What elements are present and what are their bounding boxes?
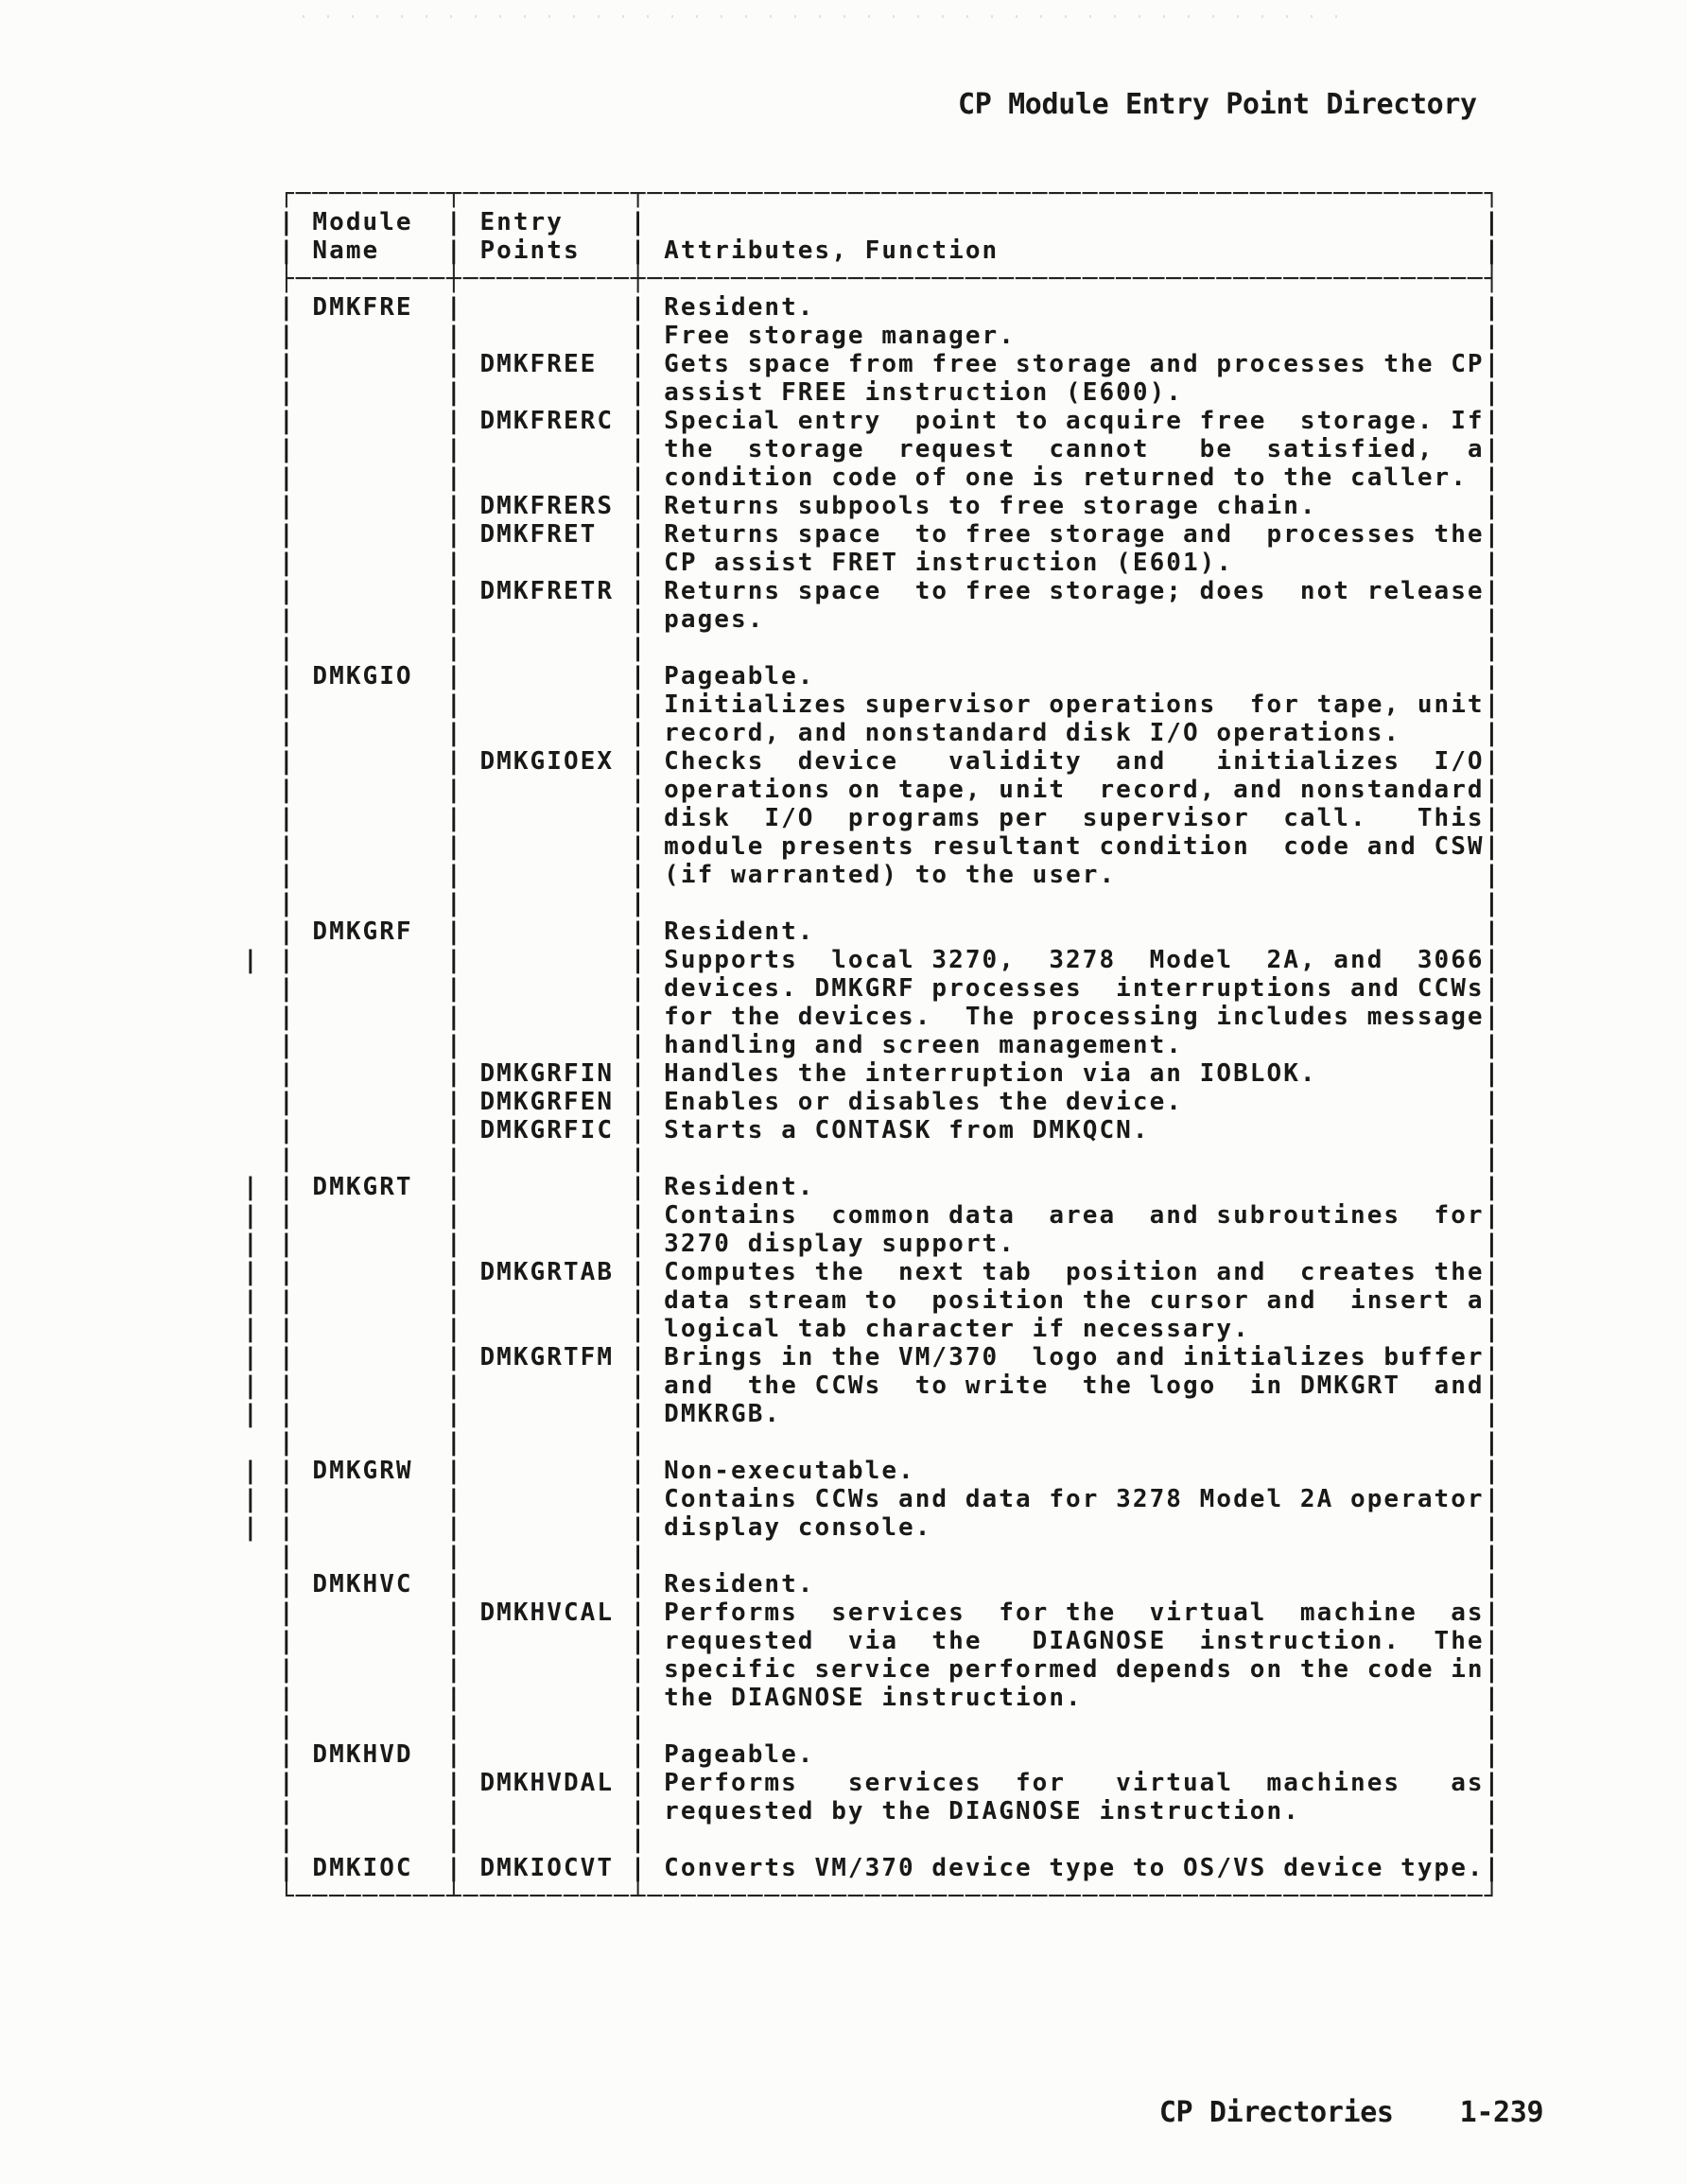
- revision-bar-empty: [236, 861, 279, 889]
- table-line-text: | | | record, and nonstandard disk I/O o…: [279, 719, 1501, 747]
- table-line-text: | | | module presents resultant conditio…: [279, 832, 1501, 861]
- table-row: | | DMKHVCAL | Performs services for the…: [236, 1599, 1501, 1627]
- revision-bar-empty: [236, 1627, 279, 1655]
- table-row: || | DMKGRTAB | Computes the next tab po…: [236, 1258, 1501, 1286]
- revision-bar-empty: [236, 1826, 279, 1854]
- revision-bar-empty: [236, 662, 279, 690]
- table-line-text: | | DMKGRFEN | Enables or disables the d…: [279, 1088, 1501, 1116]
- table-row: | DMKIOC | DMKIOCVT | Converts VM/370 de…: [236, 1854, 1501, 1882]
- table-row: | | | disk I/O programs per supervisor c…: [236, 804, 1501, 832]
- revision-bar-empty: [236, 549, 279, 577]
- revision-bar-empty: [236, 180, 279, 208]
- table-line-text: | | DMKGIOEX | Checks device validity an…: [279, 747, 1501, 776]
- page-footer: CP Directories1-239: [1092, 2065, 1543, 2161]
- table-row: || | | DMKRGB. |: [236, 1400, 1501, 1428]
- table-row: | DMKGIO | | Pageable. |: [236, 662, 1501, 690]
- table-row: || DMKGRW | | Non-executable. |: [236, 1457, 1501, 1485]
- revision-bar: |: [236, 1315, 279, 1343]
- revision-bar-empty: [236, 378, 279, 407]
- revision-bar-empty: [236, 747, 279, 776]
- table-row: | | | requested via the DIAGNOSE instruc…: [236, 1627, 1501, 1655]
- table-row: | | | (if warranted) to the user. |: [236, 861, 1501, 889]
- running-header: CP Module Entry Point Directory: [958, 89, 1477, 121]
- table-line-text: | | DMKGRFIN | Handles the interruption …: [279, 1059, 1501, 1088]
- table-row: | | DMKFRET | Returns space to free stor…: [236, 520, 1501, 549]
- table-line-text: | | | specific service performed depends…: [279, 1655, 1501, 1684]
- revision-bar-empty: [236, 1599, 279, 1627]
- revision-bar-empty: [236, 1542, 279, 1570]
- table-row: | | | |: [236, 1428, 1501, 1457]
- table-line-text: | | | requested via the DIAGNOSE instruc…: [279, 1627, 1501, 1655]
- revision-bar-empty: [236, 463, 279, 492]
- table-row: | | | |: [236, 634, 1501, 662]
- table-header-separator: ├─────────┼──────────┼──────────────────…: [236, 265, 1501, 293]
- table-row: | | | pages. |: [236, 605, 1501, 634]
- footer-section-title: CP Directories: [1159, 2096, 1394, 2129]
- table-row: | | | |: [236, 889, 1501, 917]
- revision-bar-empty: [236, 322, 279, 350]
- table-line-text: | DMKGIO | | Pageable. |: [279, 662, 1501, 690]
- revision-bar-empty: [236, 832, 279, 861]
- document-page: CP Module Entry Point Directory ┌───────…: [0, 0, 1687, 2184]
- table-line-text: | | DMKFRERS | Returns subpools to free …: [279, 492, 1501, 520]
- table-line-text: | DMKHVC | | Resident. |: [279, 1570, 1501, 1599]
- table-row: | | | Initializes supervisor operations …: [236, 690, 1501, 719]
- revision-bar-empty: [236, 1031, 279, 1059]
- revision-bar-empty: [236, 634, 279, 662]
- revision-bar-empty: [236, 776, 279, 804]
- table-row: | | | module presents resultant conditio…: [236, 832, 1501, 861]
- revision-bar-empty: [236, 1882, 279, 1911]
- revision-bar-empty: [236, 1712, 279, 1740]
- revision-bar-empty: [236, 1059, 279, 1088]
- revision-bar-empty: [236, 804, 279, 832]
- table-line-text: | | | Free storage manager. |: [279, 322, 1501, 350]
- revision-bar-empty: [236, 208, 279, 236]
- revision-bar-empty: [236, 1854, 279, 1882]
- revision-bar-empty: [236, 407, 279, 435]
- table-line-text: | | DMKHVCAL | Performs services for the…: [279, 1599, 1501, 1627]
- table-line-text: | | DMKFRERC | Special entry point to ac…: [279, 407, 1501, 435]
- revision-bar-empty: [236, 690, 279, 719]
- table-line-text: | | | Contains CCWs and data for 3278 Mo…: [279, 1485, 1501, 1513]
- table-row: | | DMKGRFIN | Handles the interruption …: [236, 1059, 1501, 1088]
- table-row: || | | Contains common data area and sub…: [236, 1201, 1501, 1230]
- table-line-text: | | | handling and screen management. |: [279, 1031, 1501, 1059]
- table-row: | DMKHVC | | Resident. |: [236, 1570, 1501, 1599]
- table-row: | | | Free storage manager. |: [236, 322, 1501, 350]
- table-line-text: | | | disk I/O programs per supervisor c…: [279, 804, 1501, 832]
- revision-bar: |: [236, 1230, 279, 1258]
- revision-bar-empty: [236, 1740, 279, 1769]
- table-line-text: | | | Contains common data area and subr…: [279, 1201, 1501, 1230]
- table-line-text: | | | devices. DMKGRF processes interrup…: [279, 974, 1501, 1003]
- table-line-text: | | | the storage request cannot be sati…: [279, 435, 1501, 463]
- table-row: | | DMKHVDAL | Performs services for vir…: [236, 1769, 1501, 1797]
- revision-bar-empty: [236, 1570, 279, 1599]
- table-row: | | | devices. DMKGRF processes interrup…: [236, 974, 1501, 1003]
- table-row: || | | and the CCWs to write the logo in…: [236, 1372, 1501, 1400]
- table-row: || DMKGRT | | Resident. |: [236, 1173, 1501, 1201]
- table-row: | | | requested by the DIAGNOSE instruct…: [236, 1797, 1501, 1826]
- revision-bar: |: [236, 1513, 279, 1542]
- table-row: | | DMKFRERS | Returns subpools to free …: [236, 492, 1501, 520]
- table-line-text: | | | and the CCWs to write the logo in …: [279, 1372, 1501, 1400]
- table-line-text: | DMKGRW | | Non-executable. |: [279, 1457, 1501, 1485]
- table-line-text: | | DMKGRTFM | Brings in the VM/370 logo…: [279, 1343, 1501, 1372]
- revision-bar-empty: [236, 435, 279, 463]
- table-row: | DMKFRE | | Resident. |: [236, 293, 1501, 322]
- table-row: | DMKHVD | | Pageable. |: [236, 1740, 1501, 1769]
- scan-noise-artifact: [303, 15, 1343, 18]
- table-row: | | | the DIAGNOSE instruction. |: [236, 1684, 1501, 1712]
- revision-bar-empty: [236, 719, 279, 747]
- revision-bar-empty: [236, 577, 279, 605]
- table-line-text: | DMKGRT | | Resident. |: [279, 1173, 1501, 1201]
- table-line-text: | DMKIOC | DMKIOCVT | Converts VM/370 de…: [279, 1854, 1501, 1882]
- table-line-text: | DMKFRE | | Resident. |: [279, 293, 1501, 322]
- revision-bar: |: [236, 1173, 279, 1201]
- table-row: | | | |: [236, 1826, 1501, 1854]
- revision-bar-empty: [236, 1088, 279, 1116]
- table-row: | | | |: [236, 1542, 1501, 1570]
- table-row: | | DMKGRFIC | Starts a CONTASK from DMK…: [236, 1116, 1501, 1144]
- table-line-text: | | | display console. |: [279, 1513, 1501, 1542]
- revision-bar-empty: [236, 889, 279, 917]
- revision-bar-empty: [236, 265, 279, 293]
- table-row: | | | assist FREE instruction (E600). |: [236, 378, 1501, 407]
- table-line-text: | | | |: [279, 1428, 1501, 1457]
- table-row: || | | display console. |: [236, 1513, 1501, 1542]
- table-line-text: | | | logical tab character if necessary…: [279, 1315, 1501, 1343]
- revision-bar-empty: [236, 1003, 279, 1031]
- table-line-text: | | | condition code of one is returned …: [279, 463, 1501, 492]
- table-row: | | DMKFRETR | Returns space to free sto…: [236, 577, 1501, 605]
- revision-bar: |: [236, 1286, 279, 1315]
- table-line-text: └─────────┴──────────┴──────────────────…: [279, 1882, 1501, 1911]
- revision-bar-empty: [236, 492, 279, 520]
- table-row: || | DMKGRTFM | Brings in the VM/370 log…: [236, 1343, 1501, 1372]
- table-line-text: | | | 3270 display support. |: [279, 1230, 1501, 1258]
- table-line-text: | | | |: [279, 634, 1501, 662]
- table-top-border: ┌─────────┬──────────┬──────────────────…: [236, 180, 1501, 208]
- revision-bar-empty: [236, 917, 279, 946]
- revision-bar-empty: [236, 520, 279, 549]
- table-row: | | | operations on tape, unit record, a…: [236, 776, 1501, 804]
- table-line-text: ┌─────────┬──────────┬──────────────────…: [279, 180, 1501, 208]
- revision-bar: |: [236, 1258, 279, 1286]
- table-line-text: | | | DMKRGB. |: [279, 1400, 1501, 1428]
- revision-bar-empty: [236, 293, 279, 322]
- table-row: | | | for the devices. The processing in…: [236, 1003, 1501, 1031]
- revision-bar: |: [236, 946, 279, 974]
- table-row: | | | record, and nonstandard disk I/O o…: [236, 719, 1501, 747]
- revision-bar-empty: [236, 1684, 279, 1712]
- revision-bar: |: [236, 1457, 279, 1485]
- table-line-text: | | DMKFRETR | Returns space to free sto…: [279, 577, 1501, 605]
- table-line-text: | | | the DIAGNOSE instruction. |: [279, 1684, 1501, 1712]
- table-line-text: | | | pages. |: [279, 605, 1501, 634]
- table-line-text: | | | |: [279, 1144, 1501, 1173]
- table-row: || | | Supports local 3270, 3278 Model 2…: [236, 946, 1501, 974]
- table-row: || | | logical tab character if necessar…: [236, 1315, 1501, 1343]
- table-line-text: | | | (if warranted) to the user. |: [279, 861, 1501, 889]
- table-row: | | | CP assist FRET instruction (E601).…: [236, 549, 1501, 577]
- table-row: | | DMKFRERC | Special entry point to ac…: [236, 407, 1501, 435]
- table-line-text: | Module | Entry | |: [279, 208, 1501, 236]
- table-line-text: | | DMKGRFIC | Starts a CONTASK from DMK…: [279, 1116, 1501, 1144]
- revision-bar-empty: [236, 1144, 279, 1173]
- table-line-text: | | | Supports local 3270, 3278 Model 2A…: [279, 946, 1501, 974]
- revision-bar-empty: [236, 1655, 279, 1684]
- table-line-text: | | | assist FREE instruction (E600). |: [279, 378, 1501, 407]
- revision-bar-empty: [236, 1428, 279, 1457]
- table-line-text: ├─────────┼──────────┼──────────────────…: [279, 265, 1501, 293]
- revision-bar-empty: [236, 1116, 279, 1144]
- table-row: | DMKGRF | | Resident. |: [236, 917, 1501, 946]
- table-header-row: | Module | Entry | |: [236, 208, 1501, 236]
- table-line-text: | | DMKHVDAL | Performs services for vir…: [279, 1769, 1501, 1797]
- revision-bar: |: [236, 1343, 279, 1372]
- table-row: | | | |: [236, 1144, 1501, 1173]
- table-line-text: | | | for the devices. The processing in…: [279, 1003, 1501, 1031]
- table-row: | | | condition code of one is returned …: [236, 463, 1501, 492]
- table-header-row: | Name | Points | Attributes, Function |: [236, 236, 1501, 265]
- table-line-text: | | DMKGRTAB | Computes the next tab pos…: [279, 1258, 1501, 1286]
- table-row: | | DMKGIOEX | Checks device validity an…: [236, 747, 1501, 776]
- table-row: | | | specific service performed depends…: [236, 1655, 1501, 1684]
- table-line-text: | | | |: [279, 1712, 1501, 1740]
- table-line-text: | DMKGRF | | Resident. |: [279, 917, 1501, 946]
- table-line-text: | | | operations on tape, unit record, a…: [279, 776, 1501, 804]
- table-line-text: | Name | Points | Attributes, Function |: [279, 236, 1501, 265]
- table-line-text: | | DMKFRET | Returns space to free stor…: [279, 520, 1501, 549]
- revision-bar-empty: [236, 350, 279, 378]
- module-entry-point-table: ┌─────────┬──────────┬──────────────────…: [236, 180, 1501, 1911]
- revision-bar: |: [236, 1485, 279, 1513]
- footer-page-number: 1-239: [1460, 2096, 1544, 2129]
- table-row: | | | the storage request cannot be sati…: [236, 435, 1501, 463]
- table-line-text: | | | CP assist FRET instruction (E601).…: [279, 549, 1501, 577]
- revision-bar-empty: [236, 605, 279, 634]
- revision-bar-empty: [236, 974, 279, 1003]
- table-bottom-border: └─────────┴──────────┴──────────────────…: [236, 1882, 1501, 1911]
- table-line-text: | DMKHVD | | Pageable. |: [279, 1740, 1501, 1769]
- table-line-text: | | | Initializes supervisor operations …: [279, 690, 1501, 719]
- table-row: || | | Contains CCWs and data for 3278 M…: [236, 1485, 1501, 1513]
- table-row: | | DMKFREE | Gets space from free stora…: [236, 350, 1501, 378]
- table-line-text: | | DMKFREE | Gets space from free stora…: [279, 350, 1501, 378]
- table-line-text: | | | data stream to position the cursor…: [279, 1286, 1501, 1315]
- revision-bar: |: [236, 1201, 279, 1230]
- table-row: | | | |: [236, 1712, 1501, 1740]
- table-row: || | | 3270 display support. |: [236, 1230, 1501, 1258]
- table-line-text: | | | |: [279, 1826, 1501, 1854]
- table-line-text: | | | |: [279, 1542, 1501, 1570]
- revision-bar-empty: [236, 1797, 279, 1826]
- revision-bar: |: [236, 1372, 279, 1400]
- table-line-text: | | | |: [279, 889, 1501, 917]
- table-row: || | | data stream to position the curso…: [236, 1286, 1501, 1315]
- revision-bar: |: [236, 1400, 279, 1428]
- revision-bar-empty: [236, 236, 279, 265]
- table-row: | | | handling and screen management. |: [236, 1031, 1501, 1059]
- table-line-text: | | | requested by the DIAGNOSE instruct…: [279, 1797, 1501, 1826]
- revision-bar-empty: [236, 1769, 279, 1797]
- table-row: | | DMKGRFEN | Enables or disables the d…: [236, 1088, 1501, 1116]
